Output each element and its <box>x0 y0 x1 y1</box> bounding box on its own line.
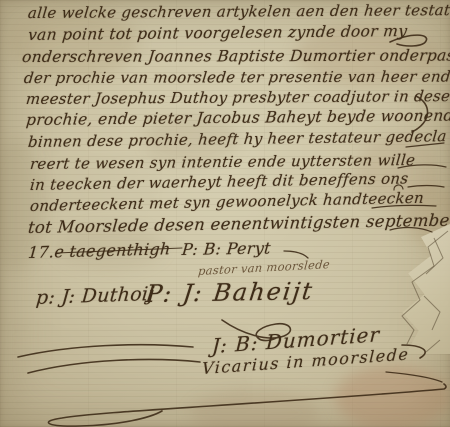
manuscript-line-8: reert te wesen syn intentie ende uytters… <box>29 153 416 172</box>
signature-duthoy: p: J: Duthoij <box>35 285 155 308</box>
manuscript-page: alle welcke geschreven artykelen aen den… <box>0 0 450 427</box>
flourish-peryt-tail <box>284 251 308 258</box>
signature-baheyt: P: J: Baheijt <box>145 279 316 306</box>
manuscript-line-11: tot Moorslede desen eenentwintigsten sep… <box>27 212 450 236</box>
signature-peryt-title: pastor van moorslede <box>197 259 330 277</box>
paper-damage-area <box>392 224 450 354</box>
manuscript-line-5: meester Josephus Duthoy presbyter coadju… <box>25 89 450 107</box>
manuscript-line-6: prochie, ende pieter Jacobus Baheyt beyd… <box>25 108 450 128</box>
manuscript-line-1: alle welcke geschreven artykelen aen den… <box>27 3 450 21</box>
paper-crack <box>402 231 448 346</box>
flourish-paraph <box>18 345 193 357</box>
flourish-dash <box>408 186 444 188</box>
manuscript-line-10: onderteeckent met syn gewoonelyck handte… <box>29 191 424 214</box>
manuscript-line-3: onderschreven Joannes Baptiste Dumortier… <box>21 48 450 65</box>
flourish-bottom-sweep <box>48 384 446 426</box>
flourish-moorslede-tail <box>386 372 442 382</box>
paper-crack <box>424 296 440 330</box>
manuscript-line-4: der prochie van moorslede ter presentie … <box>23 69 450 86</box>
paper-crack <box>426 238 443 274</box>
paper-stain <box>190 390 320 427</box>
flourish-paraph <box>28 360 200 373</box>
signature-peryt: P: B: Peryt <box>181 240 271 258</box>
paper-stain <box>335 365 450 427</box>
paper-crack <box>426 340 440 352</box>
manuscript-line-7: binnen dese prochie, heeft hy heer testa… <box>27 129 447 150</box>
manuscript-line-2: van point tot point voorgelesen zynde do… <box>27 24 408 43</box>
date-line: 17.e taegenthigh <box>27 241 171 261</box>
